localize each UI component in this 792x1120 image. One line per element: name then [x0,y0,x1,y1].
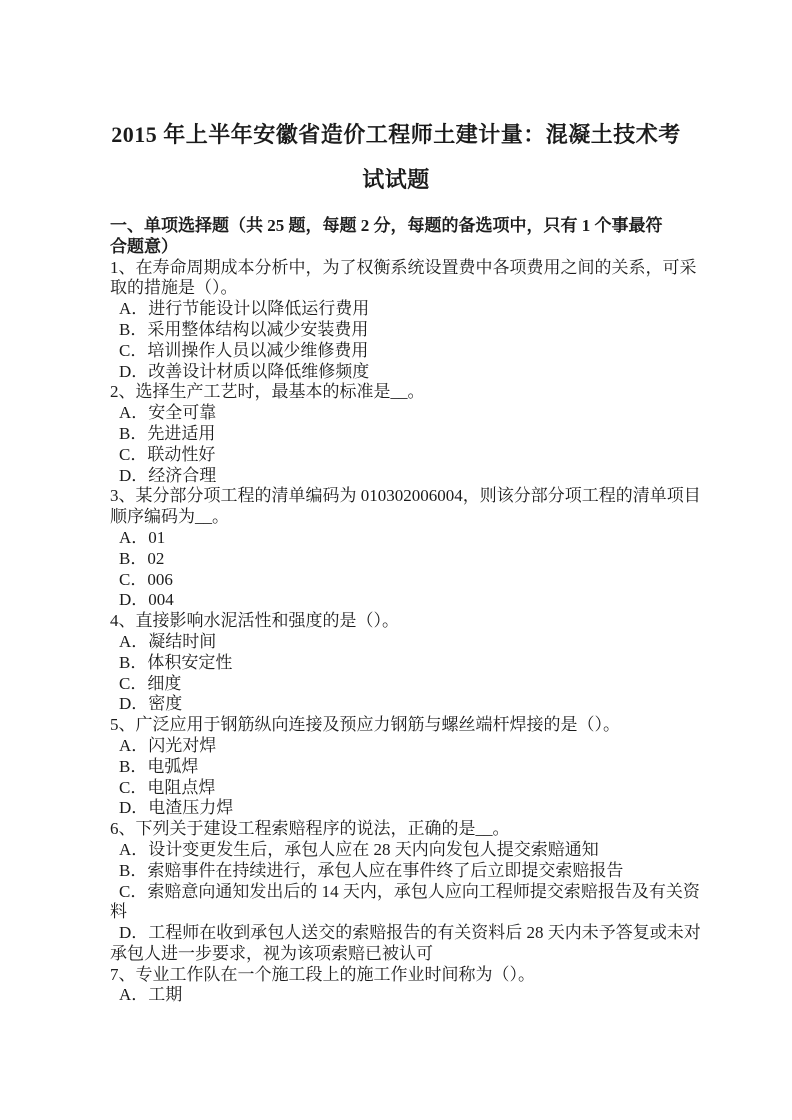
question-5: 5、广泛应用于钢筋纵向连接及预应力钢筋与螺丝端杆焊接的是（）。A．闪光对焊B．电… [110,715,690,819]
question-6-option-D-continuation: 承包人进一步要求，视为该项索赔已被认可 [110,944,690,965]
question-1: 1、在寿命周期成本分析中，为了权衡系统设置费中各项费用之间的关系，可采取的措施是… [110,258,690,383]
question-5-stem-line-1: 5、广泛应用于钢筋纵向连接及预应力钢筋与螺丝端杆焊接的是（）。 [110,715,690,736]
question-3-option-D: D．004 [110,590,690,611]
question-1-stem-line-2: 取的措施是（）。 [110,278,690,299]
question-4-option-A: A．凝结时间 [110,632,690,653]
question-1-option-C: C．培训操作人员以减少维修费用 [110,341,690,362]
question-1-option-B: B．采用整体结构以减少安装费用 [110,320,690,341]
question-6: 6、下列关于建设工程索赔程序的说法，正确的是__。A．设计变更发生后，承包人应在… [110,819,690,965]
document-title: 2015 年上半年安徽省造价工程师土建计量：混凝土技术考 试试题 [110,112,682,202]
document-title-line-2: 试试题 [110,157,682,202]
section-header-line-1: 一、单项选择题（共 25 题，每题 2 分，每题的备选项中，只有 1 个事最符 [110,216,690,237]
question-1-option-A: A．进行节能设计以降低运行费用 [110,299,690,320]
question-6-option-D: D．工程师在收到承包人送交的索赔报告的有关资料后 28 天内未予答复或未对 [110,923,690,944]
document-title-line-1: 2015 年上半年安徽省造价工程师土建计量：混凝土技术考 [110,112,682,157]
question-3-option-B: B．02 [110,549,690,570]
question-4: 4、直接影响水泥活性和强度的是（）。A．凝结时间B．体积安定性C．细度D．密度 [110,611,690,715]
question-3-option-C: C．006 [110,570,690,591]
question-2: 2、选择生产工艺时，最基本的标准是__。A．安全可靠B．先进适用C．联动性好D．… [110,382,690,486]
question-5-option-C: C．电阻点焊 [110,778,690,799]
question-4-option-B: B．体积安定性 [110,653,690,674]
question-6-option-C: C．索赔意向通知发出后的 14 天内，承包人应向工程师提交索赔报告及有关资 [110,882,690,903]
question-2-option-C: C．联动性好 [110,445,690,466]
section-header-line-2: 合题意） [110,237,690,258]
question-2-option-B: B．先进适用 [110,424,690,445]
question-1-stem-line-1: 1、在寿命周期成本分析中，为了权衡系统设置费中各项费用之间的关系，可采 [110,258,690,279]
question-5-option-A: A．闪光对焊 [110,736,690,757]
question-6-option-A: A．设计变更发生后，承包人应在 28 天内向发包人提交索赔通知 [110,840,690,861]
question-7: 7、专业工作队在一个施工段上的施工作业时间称为（）。A．工期 [110,965,690,1007]
question-2-stem-line-1: 2、选择生产工艺时，最基本的标准是__。 [110,382,690,403]
question-4-option-D: D．密度 [110,694,690,715]
question-1-option-D: D．改善设计材质以降低维修频度 [110,362,690,383]
question-3-option-A: A．01 [110,528,690,549]
question-4-stem-line-1: 4、直接影响水泥活性和强度的是（）。 [110,611,690,632]
question-7-stem-line-1: 7、专业工作队在一个施工段上的施工作业时间称为（）。 [110,965,690,986]
question-5-option-D: D．电渣压力焊 [110,798,690,819]
question-4-option-C: C．细度 [110,674,690,695]
question-6-stem-line-1: 6、下列关于建设工程索赔程序的说法，正确的是__。 [110,819,690,840]
questions-container: 1、在寿命周期成本分析中，为了权衡系统设置费中各项费用之间的关系，可采取的措施是… [110,258,690,1007]
question-3: 3、某分部分项工程的清单编码为 010302006004，则该分部分项工程的清单… [110,486,690,611]
question-3-stem-line-2: 顺序编码为__。 [110,507,690,528]
exam-page: 2015 年上半年安徽省造价工程师土建计量：混凝土技术考 试试题 一、单项选择题… [0,0,792,1120]
question-5-option-B: B．电弧焊 [110,757,690,778]
exam-body: 一、单项选择题（共 25 题，每题 2 分，每题的备选项中，只有 1 个事最符 … [110,216,690,1006]
question-2-option-A: A．安全可靠 [110,403,690,424]
question-7-option-A: A．工期 [110,985,690,1006]
question-6-option-B: B．索赔事件在持续进行，承包人应在事件终了后立即提交索赔报告 [110,861,690,882]
question-6-option-C-continuation: 料 [110,902,690,923]
question-3-stem-line-1: 3、某分部分项工程的清单编码为 010302006004，则该分部分项工程的清单… [110,486,690,507]
question-2-option-D: D．经济合理 [110,466,690,487]
